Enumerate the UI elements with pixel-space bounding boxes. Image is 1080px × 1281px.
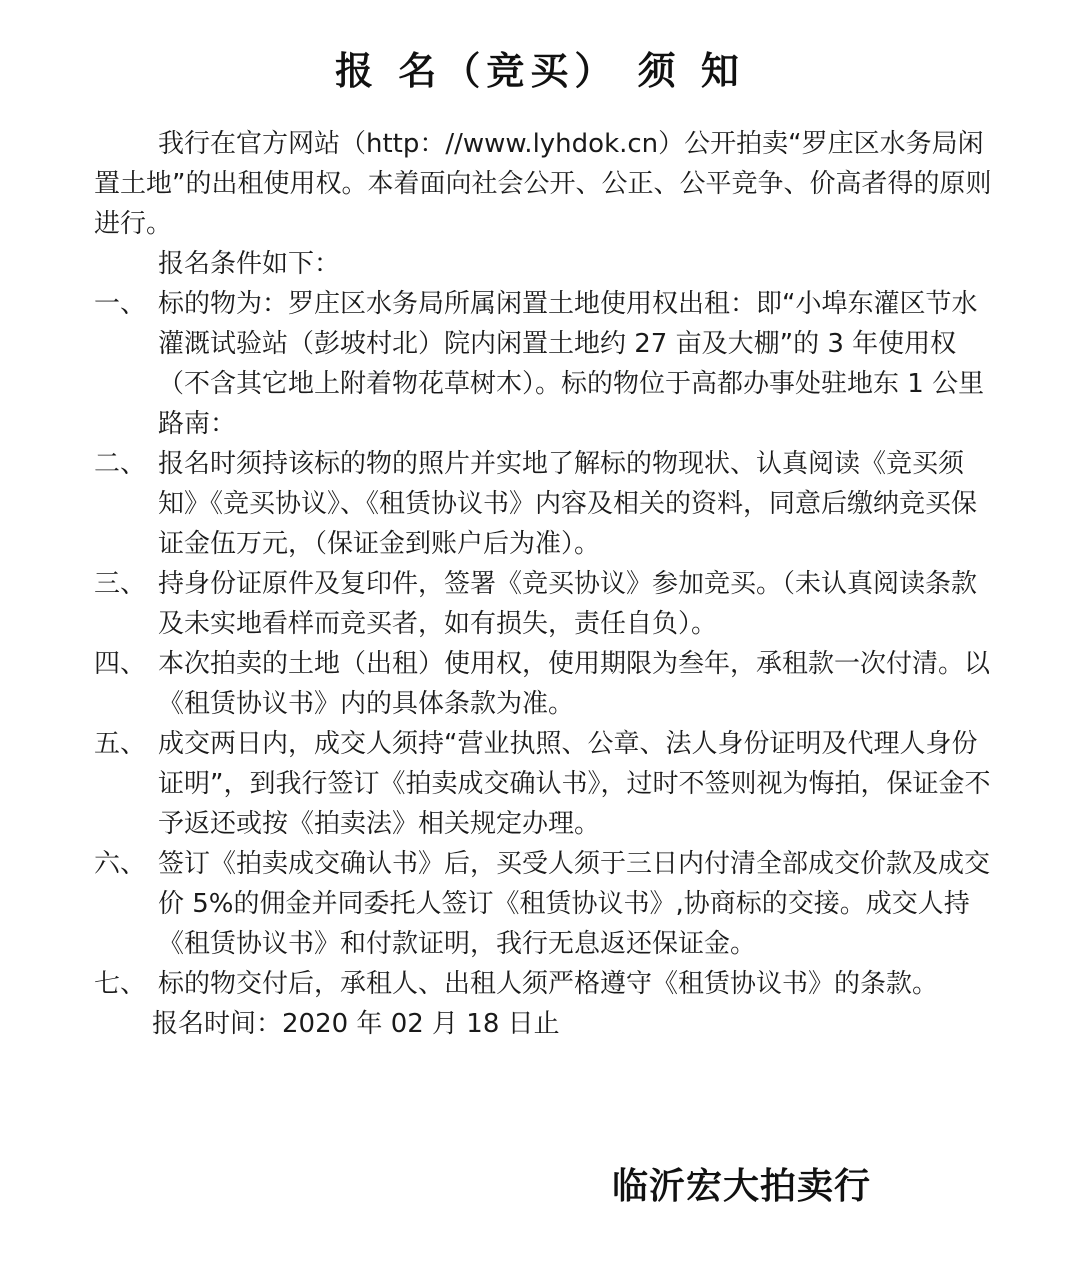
condition-item-4: 四、 本次拍卖的土地（出租）使用权，使用期限为叁年，承租款一次付清。以《租赁协议… — [94, 644, 994, 724]
condition-item-3: 三、 持身份证原件及复印件，签署《竞买协议》参加竞买。（未认真阅读条款及未实地看… — [94, 564, 994, 644]
document-body: 我行在官方网站（http：//www.lyhdok.cn）公开拍卖“罗庄区水务局… — [94, 124, 994, 1044]
item-text: 签订《拍卖成交确认书》后，买受人须于三日内付清全部成交价款及成交价 5%的佣金并… — [158, 844, 994, 964]
item-text: 标的物为：罗庄区水务局所属闲置土地使用权出租：即“小埠东灌区节水灌溉试验站（彭坡… — [158, 284, 994, 444]
item-number: 六、 — [94, 844, 158, 964]
condition-item-6: 六、 签订《拍卖成交确认书》后，买受人须于三日内付清全部成交价款及成交价 5%的… — [94, 844, 994, 964]
document-title: 报 名（竞买） 须 知 — [0, 40, 1080, 95]
signature: 临沂宏大拍卖行 — [612, 1158, 871, 1209]
item-text: 持身份证原件及复印件，签署《竞买协议》参加竞买。（未认真阅读条款及未实地看样而竞… — [158, 564, 994, 644]
condition-item-7: 七、 标的物交付后，承租人、出租人须严格遵守《租赁协议书》的条款。 — [94, 964, 994, 1004]
condition-item-1: 一、 标的物为：罗庄区水务局所属闲置土地使用权出租：即“小埠东灌区节水灌溉试验站… — [94, 284, 994, 444]
item-text: 成交两日内，成交人须持“营业执照、公章、法人身份证明及代理人身份证明”，到我行签… — [158, 724, 994, 844]
condition-item-2: 二、 报名时须持该标的物的照片并实地了解标的物现状、认真阅读《竞买须知》《竞买协… — [94, 444, 994, 564]
item-number: 五、 — [94, 724, 158, 844]
intro-paragraph: 我行在官方网站（http：//www.lyhdok.cn）公开拍卖“罗庄区水务局… — [94, 124, 994, 244]
conditions-heading: 报名条件如下： — [94, 244, 994, 284]
item-text: 本次拍卖的土地（出租）使用权，使用期限为叁年，承租款一次付清。以《租赁协议书》内… — [158, 644, 994, 724]
item-number: 四、 — [94, 644, 158, 724]
item-number: 一、 — [94, 284, 158, 444]
item-number: 七、 — [94, 964, 158, 1004]
item-number: 二、 — [94, 444, 158, 564]
item-number: 三、 — [94, 564, 158, 644]
condition-item-5: 五、 成交两日内，成交人须持“营业执照、公章、法人身份证明及代理人身份证明”，到… — [94, 724, 994, 844]
item-text: 报名时须持该标的物的照片并实地了解标的物现状、认真阅读《竞买须知》《竞买协议》、… — [158, 444, 994, 564]
item-text: 标的物交付后，承租人、出租人须严格遵守《租赁协议书》的条款。 — [158, 964, 994, 1004]
registration-deadline: 报名时间：2020 年 02 月 18 日止 — [94, 1004, 994, 1044]
